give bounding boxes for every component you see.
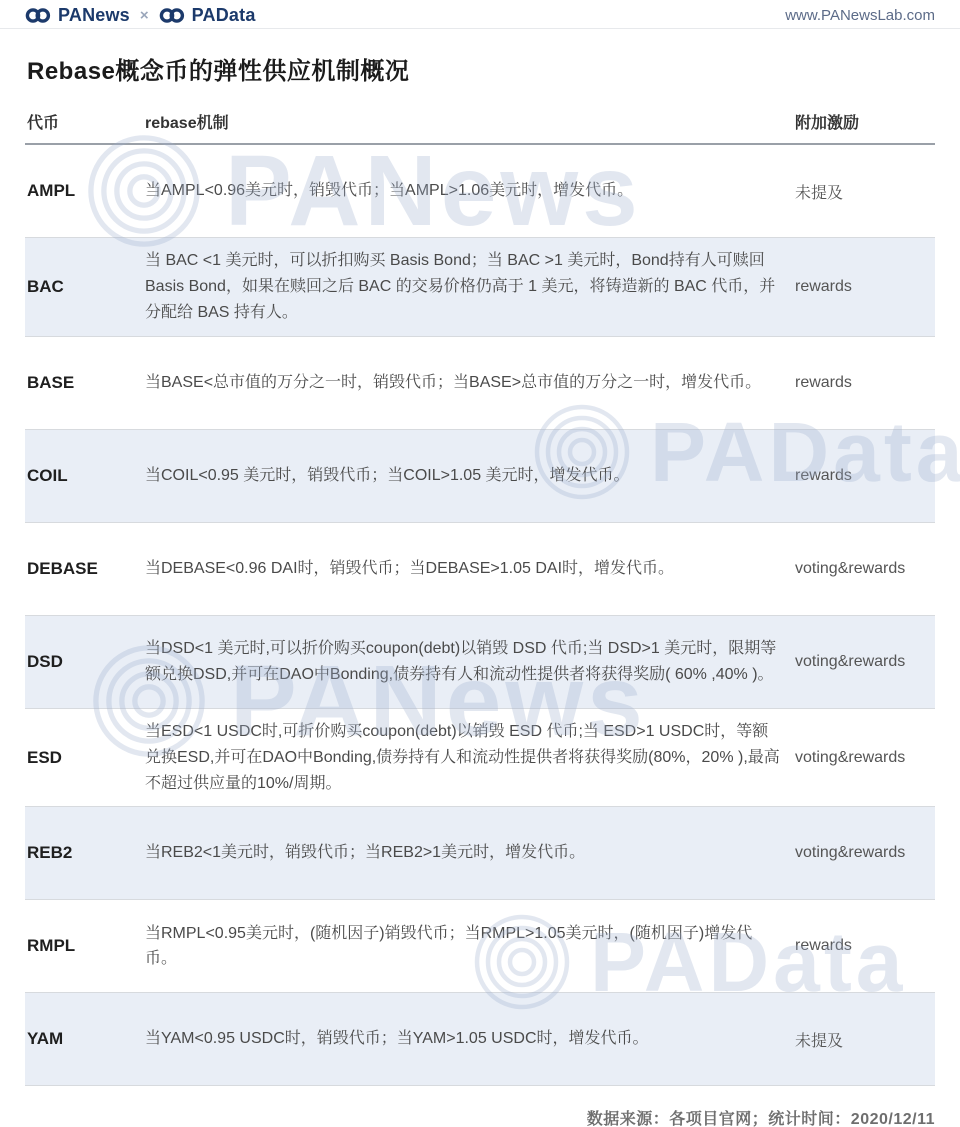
mechanism-cell: 当RMPL<0.95美元时，(随机因子)销毁代币；当RMPL>1.05美元时，(… bbox=[145, 911, 795, 983]
site-url: www.PANewsLab.com bbox=[785, 7, 935, 24]
incentive-cell: 未提及 bbox=[795, 170, 935, 213]
token-cell: REB2 bbox=[25, 833, 145, 873]
token-cell: BASE bbox=[25, 363, 145, 403]
incentive-cell: 未提及 bbox=[795, 1018, 935, 1061]
token-cell: COIL bbox=[25, 456, 145, 496]
incentive-cell: rewards bbox=[795, 457, 935, 495]
mechanism-cell: 当YAM<0.95 USDC时，销毁代币；当YAM>1.05 USDC时，增发代… bbox=[145, 1016, 795, 1062]
page-title: Rebase概念币的弹性供应机制概况 bbox=[27, 51, 935, 86]
token-cell: AMPL bbox=[25, 171, 145, 211]
table-row: ESD 当ESD<1 USDC时,可折价购买coupon(debt)以销毁 ES… bbox=[25, 709, 935, 808]
incentive-cell: voting&rewards bbox=[795, 643, 935, 681]
mechanism-cell: 当ESD<1 USDC时,可折价购买coupon(debt)以销毁 ESD 代币… bbox=[145, 709, 795, 807]
token-cell: BAC bbox=[25, 267, 145, 307]
mechanism-cell: 当BASE<总市值的万分之一时，销毁代币；当BASE>总市值的万分之一时，增发代… bbox=[145, 360, 795, 406]
main-content: Rebase概念币的弹性供应机制概况 代币 rebase机制 附加激励 AMPL… bbox=[0, 51, 960, 1127]
mechanism-cell: 当AMPL<0.96美元时，销毁代币；当AMPL>1.06美元时，增发代币。 bbox=[145, 168, 795, 214]
table-header-row: 代币 rebase机制 附加激励 bbox=[25, 104, 935, 145]
source-note: 数据来源：各项目官网；统计时间：2020/12/11 bbox=[0, 1106, 935, 1127]
incentive-cell: rewards bbox=[795, 364, 935, 402]
table-row: YAM 当YAM<0.95 USDC时，销毁代币；当YAM>1.05 USDC时… bbox=[25, 993, 935, 1086]
table-row: COIL 当COIL<0.95 美元时，销毁代币；当COIL>1.05 美元时，… bbox=[25, 430, 935, 523]
page: PANews × PAData www.PANewsLab.com Rebase… bbox=[0, 0, 960, 1127]
mechanism-cell: 当DSD<1 美元时,可以折价购买coupon(debt)以销毁 DSD 代币;… bbox=[145, 626, 795, 698]
mechanism-cell: 当COIL<0.95 美元时，销毁代币；当COIL>1.05 美元时，增发代币。 bbox=[145, 453, 795, 499]
token-cell: DEBASE bbox=[25, 549, 145, 589]
mechanism-cell: 当DEBASE<0.96 DAI时，销毁代币；当DEBASE>1.05 DAI时… bbox=[145, 546, 795, 592]
mechanism-cell: 当REB2<1美元时，销毁代币；当REB2>1美元时，增发代币。 bbox=[145, 830, 795, 876]
incentive-cell: rewards bbox=[795, 927, 935, 965]
table-row: BASE 当BASE<总市值的万分之一时，销毁代币；当BASE>总市值的万分之一… bbox=[25, 337, 935, 430]
rebase-table: 代币 rebase机制 附加激励 AMPL 当AMPL<0.96美元时，销毁代币… bbox=[25, 104, 935, 1086]
table-row: BAC 当 BAC <1 美元时，可以折扣购买 Basis Bond；当 BAC… bbox=[25, 238, 935, 337]
token-cell: YAM bbox=[25, 1019, 145, 1059]
mechanism-cell: 当 BAC <1 美元时，可以折扣购买 Basis Bond；当 BAC >1 … bbox=[145, 238, 795, 336]
incentive-cell: voting&rewards bbox=[795, 834, 935, 872]
table-row: REB2 当REB2<1美元时，销毁代币；当REB2>1美元时，增发代币。 vo… bbox=[25, 807, 935, 900]
incentive-cell: voting&rewards bbox=[795, 739, 935, 777]
col-header-token: 代币 bbox=[25, 110, 145, 133]
col-header-incentive: 附加激励 bbox=[795, 110, 935, 133]
incentive-cell: rewards bbox=[795, 268, 935, 306]
table-row: DSD 当DSD<1 美元时,可以折价购买coupon(debt)以销毁 DSD… bbox=[25, 616, 935, 709]
logo-group: PANews × PAData bbox=[25, 5, 256, 26]
table-row: AMPL 当AMPL<0.96美元时，销毁代币；当AMPL>1.06美元时，增发… bbox=[25, 145, 935, 238]
logo-separator: × bbox=[140, 7, 149, 24]
token-cell: ESD bbox=[25, 738, 145, 778]
padata-logo-text: PAData bbox=[192, 5, 256, 26]
token-cell: DSD bbox=[25, 642, 145, 682]
top-bar: PANews × PAData www.PANewsLab.com bbox=[0, 0, 960, 29]
padata-logo-icon bbox=[159, 7, 185, 24]
table-body: AMPL 当AMPL<0.96美元时，销毁代币；当AMPL>1.06美元时，增发… bbox=[25, 145, 935, 1086]
token-cell: RMPL bbox=[25, 926, 145, 966]
panews-logo-text: PANews bbox=[58, 5, 130, 26]
table-row: RMPL 当RMPL<0.95美元时，(随机因子)销毁代币；当RMPL>1.05… bbox=[25, 900, 935, 993]
table-row: DEBASE 当DEBASE<0.96 DAI时，销毁代币；当DEBASE>1.… bbox=[25, 523, 935, 616]
col-header-mechanism: rebase机制 bbox=[145, 110, 795, 133]
incentive-cell: voting&rewards bbox=[795, 550, 935, 588]
panews-logo-icon bbox=[25, 7, 51, 24]
